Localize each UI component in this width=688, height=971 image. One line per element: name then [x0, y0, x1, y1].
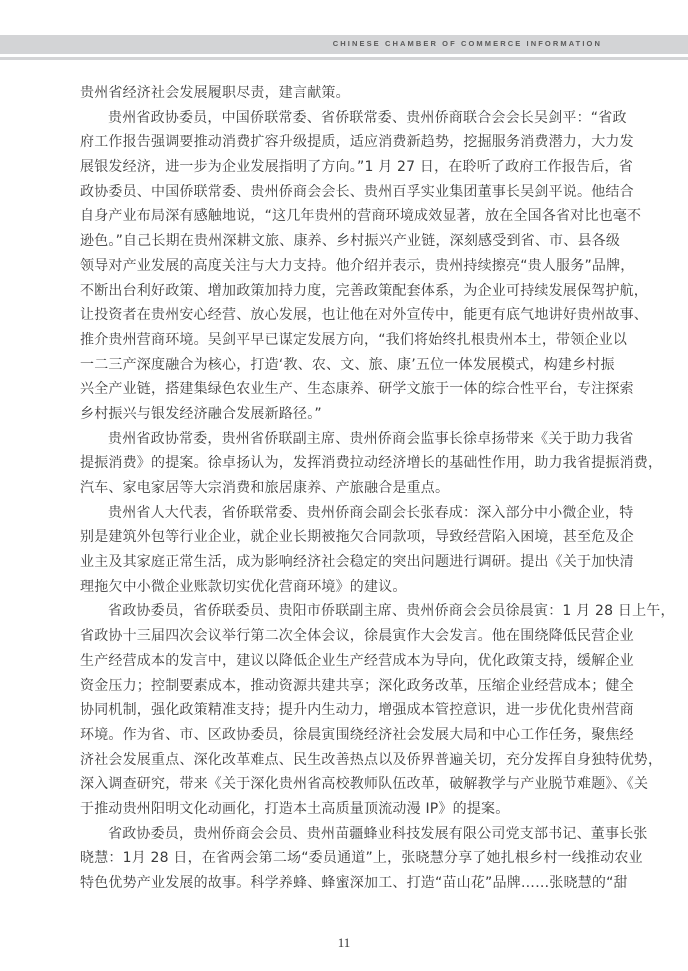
text-line: 特色优势产业发展的故事。科学养蜂、蜂蜜深加工、打造“苗山花”品牌……张晓慧的“甜: [80, 871, 608, 896]
text-line: 生产经营成本的发言中，建议以降低企业生产经营成本为导向，优化政策支持，缓解企业: [80, 649, 608, 674]
text-line: 协同机制，强化政策精准支持；提升内生动力，增强成本管控意识，进一步优化贵州营商: [80, 698, 608, 723]
text-line: 深入调查研究，带来《关于深化贵州省高校教师队伍改革，破解教学与产业脱节难题》、《…: [80, 772, 608, 797]
running-header-title: CHINESE CHAMBER OF COMMERCE INFORMATION: [333, 39, 602, 48]
paragraph-first-line: 贵州省政协委员，中国侨联常委、省侨联常委、贵州侨商联合会会长吴剑平：“省政: [80, 106, 608, 131]
text-line: 贵州省经济社会发展履职尽责，建言献策。: [80, 81, 608, 106]
text-line: 汽车、家电家居等大宗消费和旅居康养、产旅融合是重点。: [80, 476, 608, 501]
text-line: 理拖欠中小微企业账款切实优化营商环境》的建议。: [80, 575, 608, 600]
text-line: 自身产业布局深有感触地说，“这几年贵州的营商环境成效显著，放在全国各省对比也毫不: [80, 204, 608, 229]
text-line: 提振消费》的提案。徐卓扬认为，发挥消费拉动经济增长的基础性作用，助力我省提振消费…: [80, 451, 608, 476]
article-body: 贵州省经济社会发展履职尽责，建言献策。贵州省政协委员，中国侨联常委、省侨联常委、…: [80, 81, 608, 896]
paragraph-first-line: 省政协委员，省侨联委员、贵阳市侨联副主席、贵州侨商会会员徐晨寅：1 月 28 日…: [80, 599, 608, 624]
running-header-bar: CHINESE CHAMBER OF COMMERCE INFORMATION: [0, 35, 688, 54]
text-line: 府工作报告强调要推动消费扩容升级提质，适应消费新趋势，挖掘服务消费潜力，大力发: [80, 130, 608, 155]
text-line: 展银发经济，进一步为企业发展指明了方向。”1 月 27 日，在聆听了政府工作报告…: [80, 155, 608, 180]
text-line: 晓慧：1月 28 日，在省两会第二场“委员通道”上，张晓慧分享了她扎根乡村一线推…: [80, 846, 608, 871]
text-line: 济社会发展重点、深化改革难点、民生改善热点以及侨界普遍关切，充分发挥自身独特优势…: [80, 748, 608, 773]
text-line: 环境。作为省、市、区政协委员，徐晨寅围绕经济社会发展大局和中心工作任务，聚焦经: [80, 723, 608, 748]
page-number: 11: [0, 935, 688, 951]
text-line: 乡村振兴与银发经济融合发展新路径。”: [80, 402, 608, 427]
text-line: 领导对产业发展的高度关注与大力支持。他介绍并表示，贵州持续擦亮“贵人服务”品牌，: [80, 254, 608, 279]
text-line: 逊色。”自己长期在贵州深耕文旅、康养、乡村振兴产业链，深刻感受到省、市、县各级: [80, 229, 608, 254]
text-line: 省政协十三届四次会议举行第二次全体会议，徐晨寅作大会发言。他在围绕降低民营企业: [80, 624, 608, 649]
paragraph-first-line: 省政协委员，贵州侨商会会员、贵州苗疆蜂业科技发展有限公司党支部书记、董事长张: [80, 822, 608, 847]
header-divider: [0, 57, 688, 60]
paragraph-first-line: 贵州省政协常委，贵州省侨联副主席、贵州侨商会监事长徐卓扬带来《关于助力我省: [80, 427, 608, 452]
text-line: 业主及其家庭正常生活，成为影响经济社会稳定的突出问题进行调研。提出《关于加快清: [80, 550, 608, 575]
text-line: 别是建筑外包等行业企业，就企业长期被拖欠合同款项，导致经营陷入困境，甚至危及企: [80, 525, 608, 550]
text-line: 推介贵州营商环境。吴剑平早已谋定发展方向，“我们将始终扎根贵州本土，带领企业以: [80, 328, 608, 353]
paragraph-first-line: 贵州省人大代表，省侨联常委、贵州侨商会副会长张春成：深入部分中小微企业，特: [80, 501, 608, 526]
text-line: 一二三产深度融合为核心，打造‘教、农、文、旅、康’五位一体发展模式，构建乡村振: [80, 353, 608, 378]
text-line: 不断出台利好政策、增加政策加持力度，完善政策配套体系，为企业可持续发展保驾护航，: [80, 279, 608, 304]
text-line: 政协委员、中国侨联常委、贵州侨商会会长、贵州百孚实业集团董事长吴剑平说。他结合: [80, 180, 608, 205]
text-line: 于推动贵州阳明文化动画化，打造本土高质量顶流动漫 IP》的提案。: [80, 797, 608, 822]
text-line: 资金压力；控制要素成本，推动资源共建共享；深化政务改革，压缩企业经营成本；健全: [80, 674, 608, 699]
text-line: 兴全产业链，搭建集绿色农业生产、生态康养、研学文旅于一体的综合性平台，专注探索: [80, 377, 608, 402]
text-line: 让投资者在贵州安心经营、放心发展，也让他在对外宣传中，能更有底气地讲好贵州故事、: [80, 303, 608, 328]
